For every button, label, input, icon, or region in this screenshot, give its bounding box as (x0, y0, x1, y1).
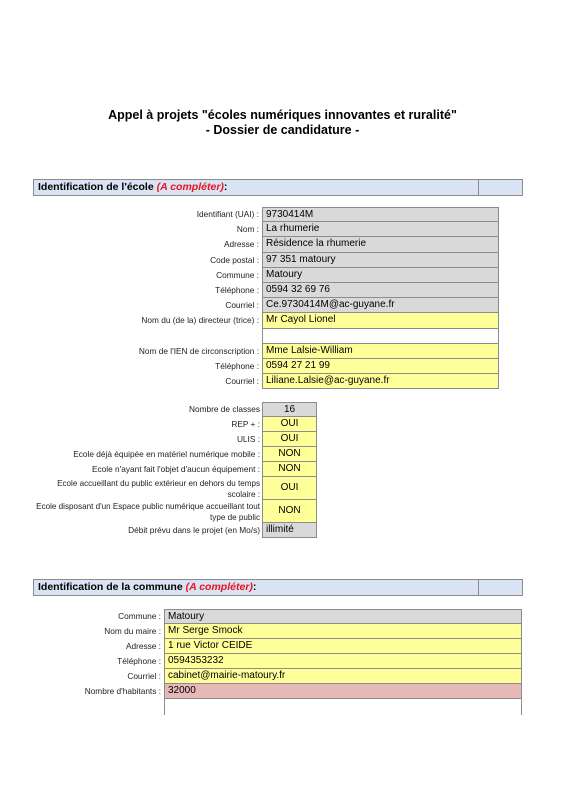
field-label: Nom : (237, 222, 259, 237)
ien-courriel-field[interactable]: Liliane.Lalsie@ac-guyane.fr (262, 374, 499, 389)
field-label: Nom de l'IEN de circonscription : (139, 344, 259, 359)
school-section-title: Identification de l'école (A compléter): (38, 180, 227, 195)
field-label: Ecole disposant d'un Espace public numér… (35, 501, 260, 523)
field-label: Nombre d'habitants : (85, 684, 161, 699)
header-extra-cell[interactable] (479, 180, 522, 195)
header-extra-cell[interactable] (479, 580, 522, 595)
commune-telephone-field[interactable]: 0594353232 (164, 654, 522, 669)
school-section-heading: Identification de l'école (38, 181, 157, 193)
field-label: Courriel : (225, 374, 259, 389)
nombre-de-classes-field[interactable]: 16 (262, 402, 317, 417)
debit-prevu-dans-le-projet-en-mo-s-field[interactable]: illimité (262, 523, 317, 538)
ien-nom-de-l-ien-de-circonscription-field[interactable]: Mme Lalsie-William (262, 344, 499, 359)
ecole-n-ayant-fait-l-objet-d-aucun-equip-field[interactable]: NON (262, 462, 317, 477)
code-postal-field[interactable]: 97 351 matoury (262, 253, 499, 268)
school-section-header: Identification de l'école (A compléter): (33, 179, 523, 196)
commune-courriel-field[interactable]: cabinet@mairie-matoury.fr (164, 669, 522, 684)
field-label: Débit prévu dans le projet (en Mo/s) (128, 523, 260, 538)
field-label: Ecole déjà équipée en matériel numérique… (73, 447, 260, 462)
ecole-accueillant-du-public-exterieur-en-field[interactable]: OUI (262, 477, 317, 500)
rep-field[interactable]: OUI (262, 417, 317, 432)
blank-field[interactable] (262, 329, 499, 344)
ecole-disposant-d-un-espace-public-numer-field[interactable]: NON (262, 500, 317, 523)
commune-section-heading: Identification de la commune (38, 581, 186, 593)
field-label: Identifiant (UAI) : (197, 207, 259, 222)
commune-field[interactable]: Matoury (262, 268, 499, 283)
field-label: Téléphone : (215, 359, 259, 374)
commune-nombre-d-habitants-field[interactable]: 32000 (164, 684, 522, 699)
field-label: Téléphone : (215, 283, 259, 298)
field-label: Nom du (de la) directeur (trice) : (141, 313, 259, 328)
heading-suffix: : (253, 581, 257, 593)
field-label: Téléphone : (117, 654, 161, 669)
commune-nom-du-maire-field[interactable]: Mr Serge Smock (164, 624, 522, 639)
required-note: (A compléter) (157, 181, 224, 193)
identifiant-uai-field[interactable]: 9730414M (262, 207, 499, 222)
ulis-field[interactable]: OUI (262, 432, 317, 447)
field-label: Adresse : (224, 237, 259, 252)
field-label: Nombre de classes (189, 402, 260, 417)
document-subtitle: - Dossier de candidature - (0, 123, 565, 138)
field-label: Code postal : (210, 253, 259, 268)
commune-section-title: Identification de la commune (A compléte… (38, 580, 256, 595)
commune-adresse-field[interactable]: 1 rue Victor CEIDE (164, 639, 522, 654)
document-title: Appel à projets "écoles numériques innov… (0, 108, 565, 123)
ien-telephone-field[interactable]: 0594 27 21 99 (262, 359, 499, 374)
field-label: Commune : (118, 609, 161, 624)
blank-field[interactable] (164, 699, 522, 715)
telephone-field[interactable]: 0594 32 69 76 (262, 283, 499, 298)
field-label: Ecole accueillant du public extérieur en… (35, 478, 260, 500)
field-label: Courriel : (225, 298, 259, 313)
field-label: Commune : (216, 268, 259, 283)
field-label: Courriel : (127, 669, 161, 684)
field-label: ULIS : (237, 432, 260, 447)
commune-commune-field[interactable]: Matoury (164, 609, 522, 624)
ecole-deja-equipee-en-materiel-numerique-field[interactable]: NON (262, 447, 317, 462)
field-label: Ecole n'ayant fait l'objet d'aucun équip… (92, 462, 260, 477)
nom-field[interactable]: La rhumerie (262, 222, 499, 237)
field-label: Nom du maire : (104, 624, 161, 639)
nom-du-de-la-directeur-trice-field[interactable]: Mr Cayol Lionel (262, 313, 499, 328)
field-label: Adresse : (126, 639, 161, 654)
courriel-field[interactable]: Ce.9730414M@ac-guyane.fr (262, 298, 499, 313)
heading-suffix: : (224, 181, 228, 193)
field-label: REP + : (231, 417, 260, 432)
commune-section-header: Identification de la commune (A compléte… (33, 579, 523, 596)
adresse-field[interactable]: Résidence la rhumerie (262, 237, 499, 252)
required-note: (A compléter) (186, 581, 253, 593)
